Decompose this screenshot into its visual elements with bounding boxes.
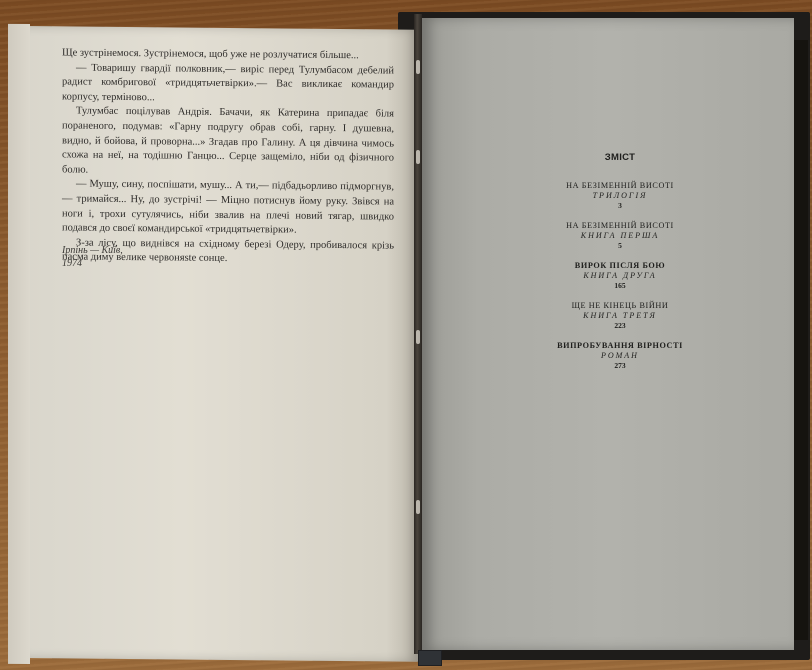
toc-subtitle: КНИГА ТРЕТЯ bbox=[520, 311, 720, 321]
spine-headband bbox=[418, 650, 442, 666]
toc-subtitle: ТРИЛОГІЯ bbox=[520, 191, 720, 201]
toc-heading: ВИПРОБУВАННЯ ВІРНОСТІ bbox=[520, 341, 720, 351]
toc-entry: НА БЕЗІМЕННІЙ ВИСОТІТРИЛОГІЯ3 bbox=[520, 181, 720, 210]
toc-heading: ВИРОК ПІСЛЯ БОЮ bbox=[520, 261, 720, 271]
toc-page: 223 bbox=[520, 321, 720, 330]
toc-page: 3 bbox=[520, 201, 720, 210]
toc-page: 273 bbox=[520, 361, 720, 370]
paragraph: — Мушу, сину, поспішати, мушу... А ти,— … bbox=[62, 178, 394, 240]
toc-heading: НА БЕЗІМЕННІЙ ВИСОТІ bbox=[520, 221, 720, 231]
binding-stitch bbox=[416, 500, 420, 514]
cover-edge bbox=[794, 40, 808, 640]
toc-subtitle: КНИГА ПЕРША bbox=[520, 231, 720, 241]
toc-page: 165 bbox=[520, 281, 720, 290]
toc-heading: НА БЕЗІМЕННІЙ ВИСОТІ bbox=[520, 181, 720, 191]
binding-stitch bbox=[416, 150, 420, 164]
toc-subtitle: КНИГА ДРУГА bbox=[520, 271, 720, 281]
binding-stitch bbox=[416, 330, 420, 344]
toc-page: 5 bbox=[520, 241, 720, 250]
binding-stitch bbox=[416, 60, 420, 74]
toc-title: ЗМІСТ bbox=[520, 152, 720, 163]
toc-subtitle: РОМАН bbox=[520, 351, 720, 361]
table-of-contents: ЗМІСТ НА БЕЗІМЕННІЙ ВИСОТІТРИЛОГІЯ3НА БЕ… bbox=[520, 152, 720, 381]
dateline-place: Ірпінь — Київ, bbox=[62, 244, 123, 257]
paragraph: Тулумбас поцілував Андрія. Бачачи, як Ка… bbox=[62, 105, 394, 181]
toc-entry: НА БЕЗІМЕННІЙ ВИСОТІКНИГА ПЕРША5 bbox=[520, 221, 720, 250]
toc-entry: ВИПРОБУВАННЯ ВІРНОСТІРОМАН273 bbox=[520, 341, 720, 370]
paragraph: — Товаришу гвардії полковник,— виріс пер… bbox=[62, 61, 394, 108]
dateline: Ірпінь — Київ, 1974 bbox=[62, 244, 123, 270]
left-page-text: Ще зустрінемося. Зустрінемося, щоб уже н… bbox=[62, 46, 394, 268]
toc-heading: ЩЕ НЕ КІНЕЦЬ ВІЙНИ bbox=[520, 301, 720, 311]
toc-entry: ВИРОК ПІСЛЯ БОЮКНИГА ДРУГА165 bbox=[520, 261, 720, 290]
dateline-year: 1974 bbox=[62, 257, 123, 270]
toc-entry: ЩЕ НЕ КІНЕЦЬ ВІЙНИКНИГА ТРЕТЯ223 bbox=[520, 301, 720, 330]
